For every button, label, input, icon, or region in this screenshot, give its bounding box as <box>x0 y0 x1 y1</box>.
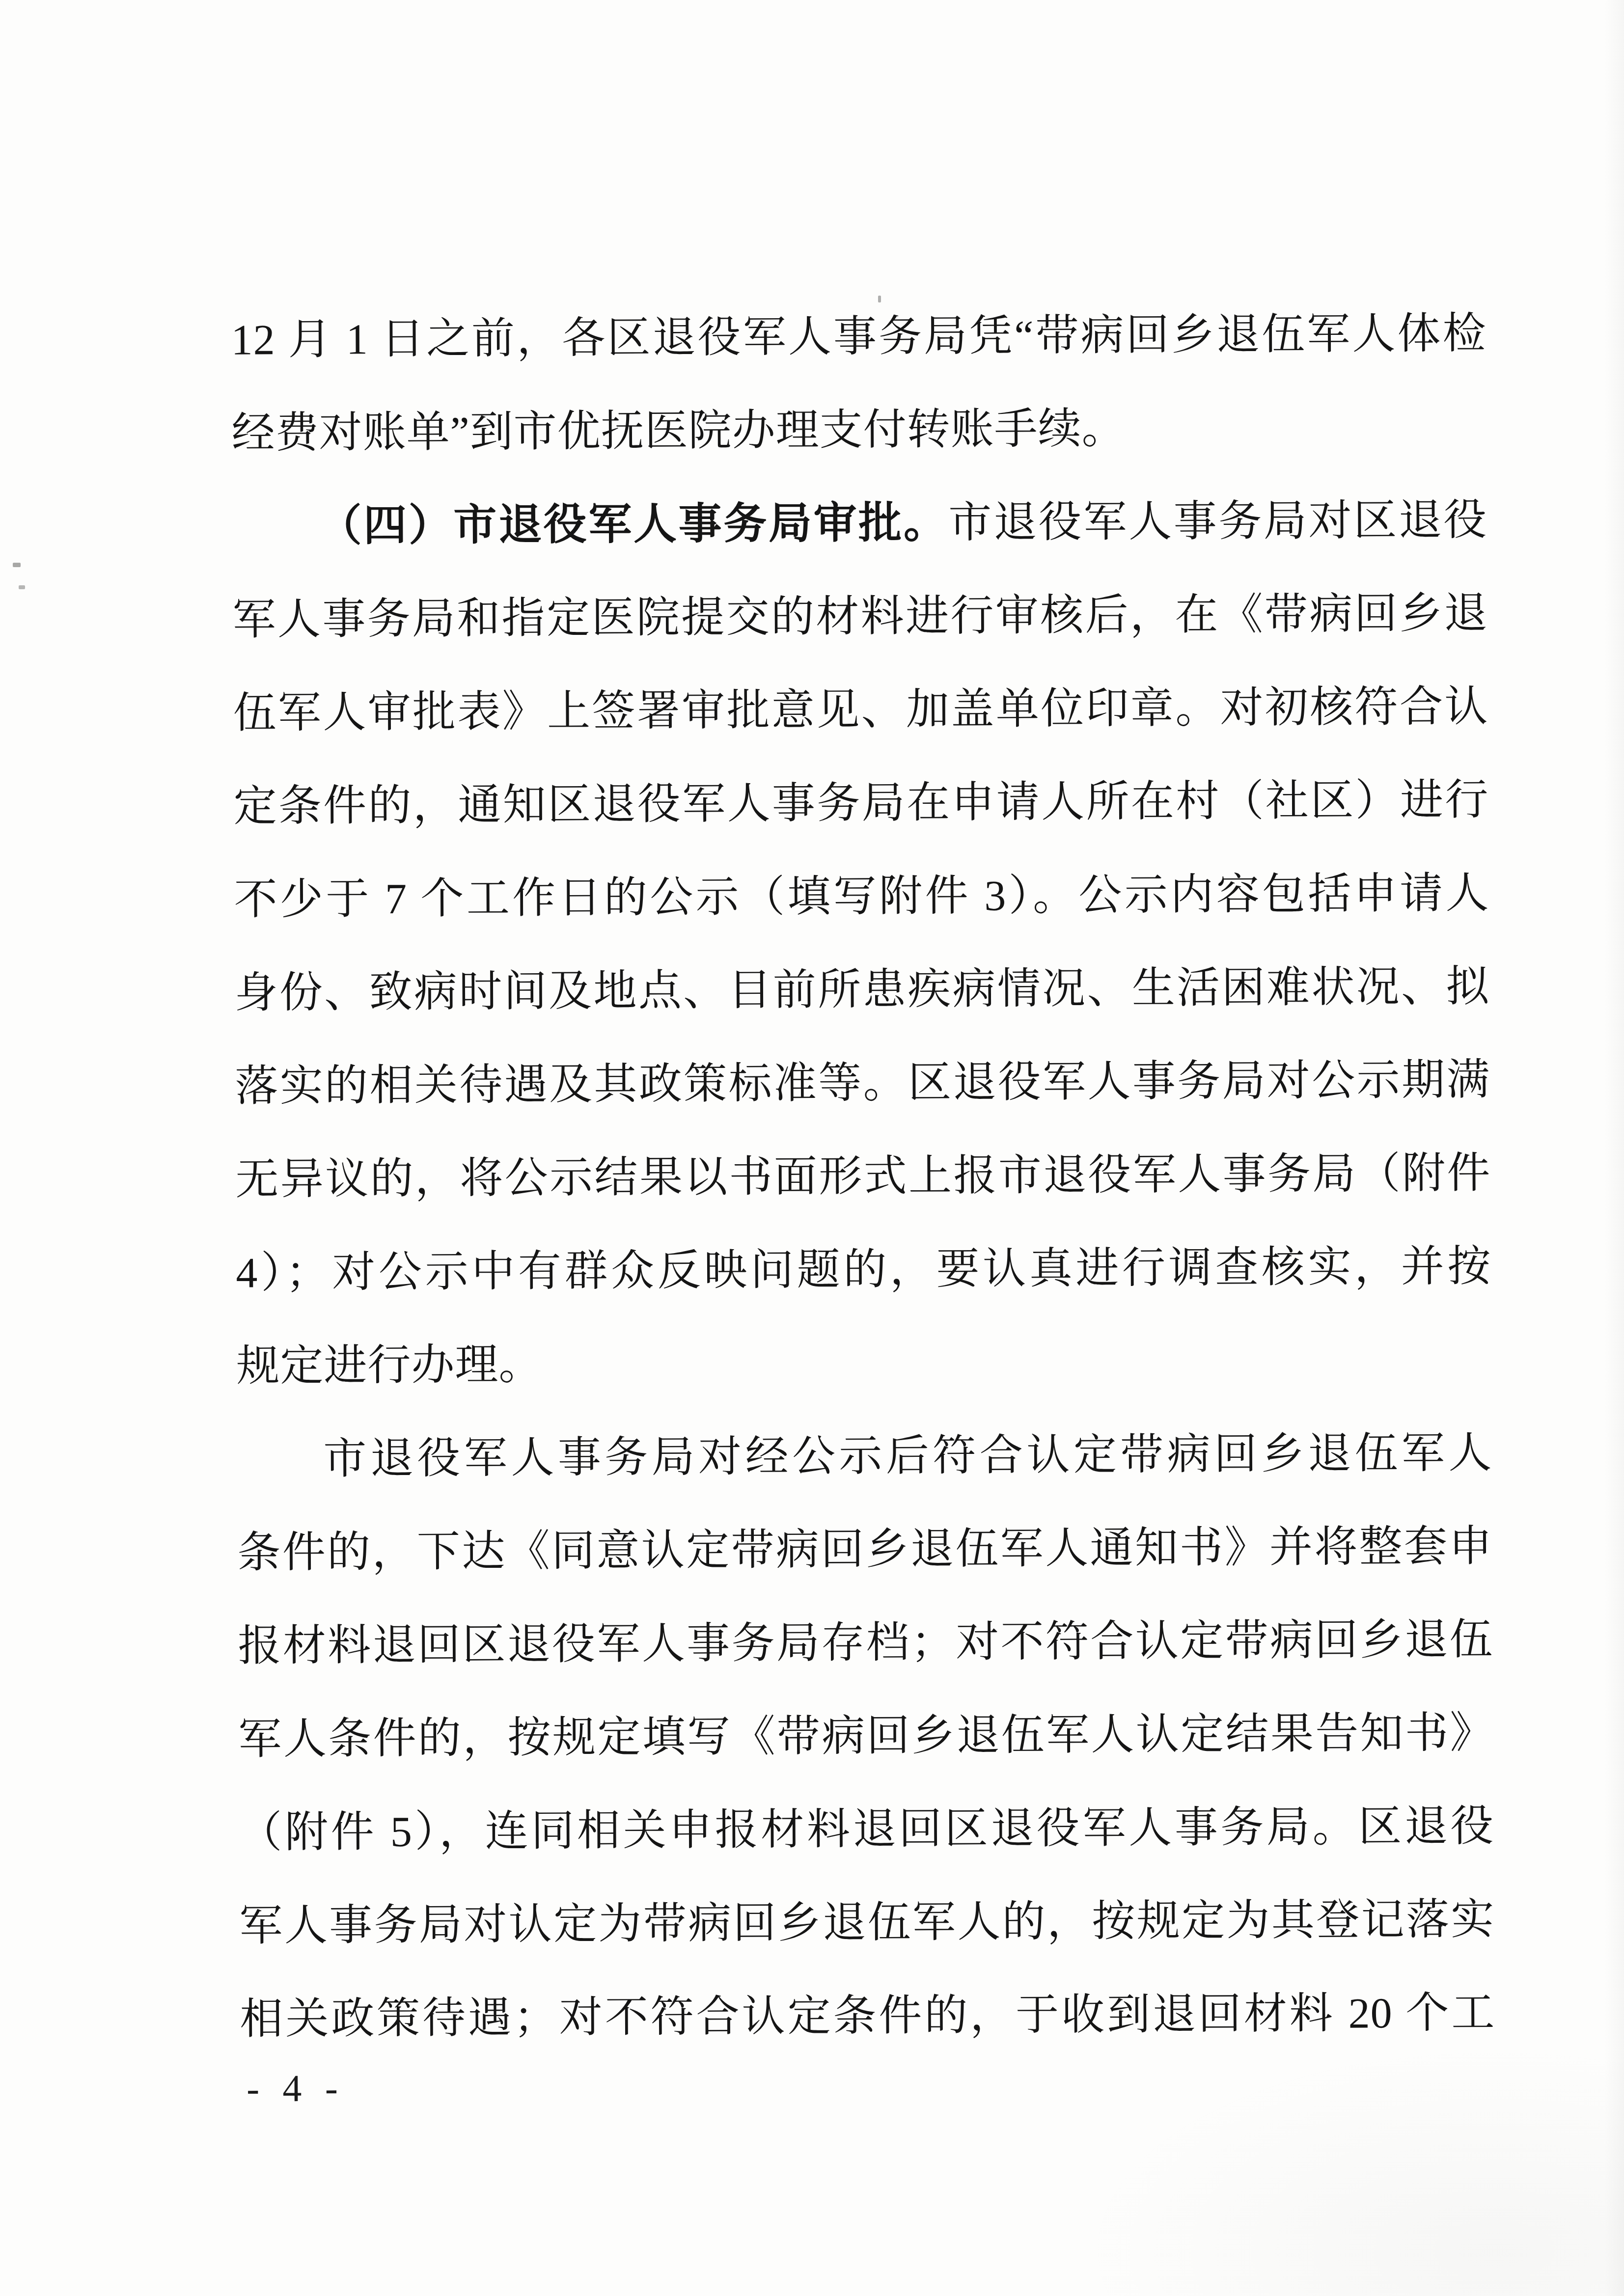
line-text: 12 月 1 日之前，各区退役军人事务局凭“带病回乡退伍军人体检 <box>231 310 1486 364</box>
text-line: 12 月 1 日之前，各区退役军人事务局凭“带病回乡退伍军人体检 <box>231 287 1486 387</box>
line-text: 经费对账单”到市优抚医院办理支付转账手续。 <box>231 405 1126 458</box>
text-line: （附件 5），连同相关申报材料退回区退役军人事务局。区退役 <box>239 1780 1494 1880</box>
scanned-document-page: 12 月 1 日之前，各区退役军人事务局凭“带病回乡退伍军人体检 经费对账单”到… <box>0 0 1624 2296</box>
text-line: 军人条件的，按规定填写《带病回乡退伍军人认定结果告知书》 <box>238 1687 1494 1786</box>
line-text: 4）；对公示中有群众反映问题的，要认真进行调查核实，并按 <box>236 1243 1491 1297</box>
text-line: 定条件的，通知区退役军人事务局在申请人所在村（社区）进行 <box>233 754 1489 853</box>
line-text: （附件 5），连同相关申报材料退回区退役军人事务局。区退役 <box>239 1803 1494 1857</box>
line-text: 军人事务局和指定医院提交的材料进行审核后，在《带病回乡退 <box>232 590 1487 644</box>
line-text: 军人事务局对认定为带病回乡退伍军人的，按规定为其登记落实 <box>239 1896 1494 1950</box>
line-text: 相关政策待遇；对不符合认定条件的，于收到退回材料 20 个工 <box>240 1989 1495 2043</box>
text-line: 落实的相关待遇及其政策标准等。区退役军人事务局对公示期满 <box>235 1034 1490 1133</box>
line-text: 市退役军人事务局对经公示后符合认定带病回乡退伍军人 <box>323 1429 1492 1483</box>
document-body-text: 12 月 1 日之前，各区退役军人事务局凭“带病回乡退伍军人体检 经费对账单”到… <box>231 287 1495 2066</box>
text-line: 相关政策待遇；对不符合认定条件的，于收到退回材料 20 个工 <box>240 1967 1495 2066</box>
section-heading-bold-run: （四）市退役军人事务局审批。 <box>318 499 948 550</box>
line-text: 市退役军人事务局对区退役 <box>948 496 1487 547</box>
text-line: 身份、致病时间及地点、目前所患疾病情况、生活困难状况、拟 <box>234 940 1490 1040</box>
line-text: 条件的，下达《同意认定带病回乡退伍军人通知书》并将整套申 <box>237 1523 1492 1577</box>
scan-speck <box>13 563 21 567</box>
line-text: 规定进行办理。 <box>236 1341 543 1390</box>
text-line: 报材料退回区退役军人事务局存档；对不符合认定带病回乡退伍 <box>238 1593 1493 1693</box>
text-line: 不少于 7 个工作日的公示（填写附件 3）。公示内容包括申请人 <box>234 847 1489 947</box>
page-number: - 4 - <box>247 2041 345 2135</box>
text-line: 4）；对公示中有群众反映问题的，要认真进行调查核实，并按 <box>236 1220 1491 1320</box>
text-line: 军人事务局和指定医院提交的材料进行审核后，在《带病回乡退 <box>232 567 1488 667</box>
text-line: 条件的，下达《同意认定带病回乡退伍军人通知书》并将整套申 <box>237 1500 1493 1600</box>
text-line: （四）市退役军人事务局审批。市退役军人事务局对区退役 <box>232 474 1487 574</box>
text-line: 军人事务局对认定为带病回乡退伍军人的，按规定为其登记落实 <box>239 1873 1495 1973</box>
text-line: 市退役军人事务局对经公示后符合认定带病回乡退伍军人 <box>237 1407 1492 1506</box>
line-text: 落实的相关待遇及其政策标准等。区退役军人事务局对公示期满 <box>235 1056 1490 1110</box>
line-text: 不少于 7 个工作日的公示（填写附件 3）。公示内容包括申请人 <box>234 870 1489 924</box>
line-text: 定条件的，通知区退役军人事务局在申请人所在村（社区）进行 <box>233 776 1488 830</box>
line-text: 身份、致病时间及地点、目前所患疾病情况、生活困难状况、拟 <box>234 963 1489 1017</box>
text-line: 经费对账单”到市优抚医院办理支付转账手续。 <box>231 381 1487 480</box>
line-text: 军人条件的，按规定填写《带病回乡退伍军人认定结果告知书》 <box>238 1709 1493 1763</box>
line-text: 伍军人审批表》上签署审批意见、加盖单位印章。对初核符合认 <box>233 683 1488 737</box>
scan-speck <box>19 585 25 589</box>
text-line: 规定进行办理。 <box>236 1313 1492 1413</box>
text-line: 无异议的，将公示结果以书面形式上报市退役军人事务局（附件 <box>235 1127 1491 1227</box>
line-text: 无异议的，将公示结果以书面形式上报市退役军人事务局（附件 <box>235 1149 1490 1203</box>
text-line: 伍军人审批表》上签署审批意见、加盖单位印章。对初核符合认 <box>233 660 1488 760</box>
line-text: 报材料退回区退役军人事务局存档；对不符合认定带病回乡退伍 <box>238 1616 1493 1670</box>
